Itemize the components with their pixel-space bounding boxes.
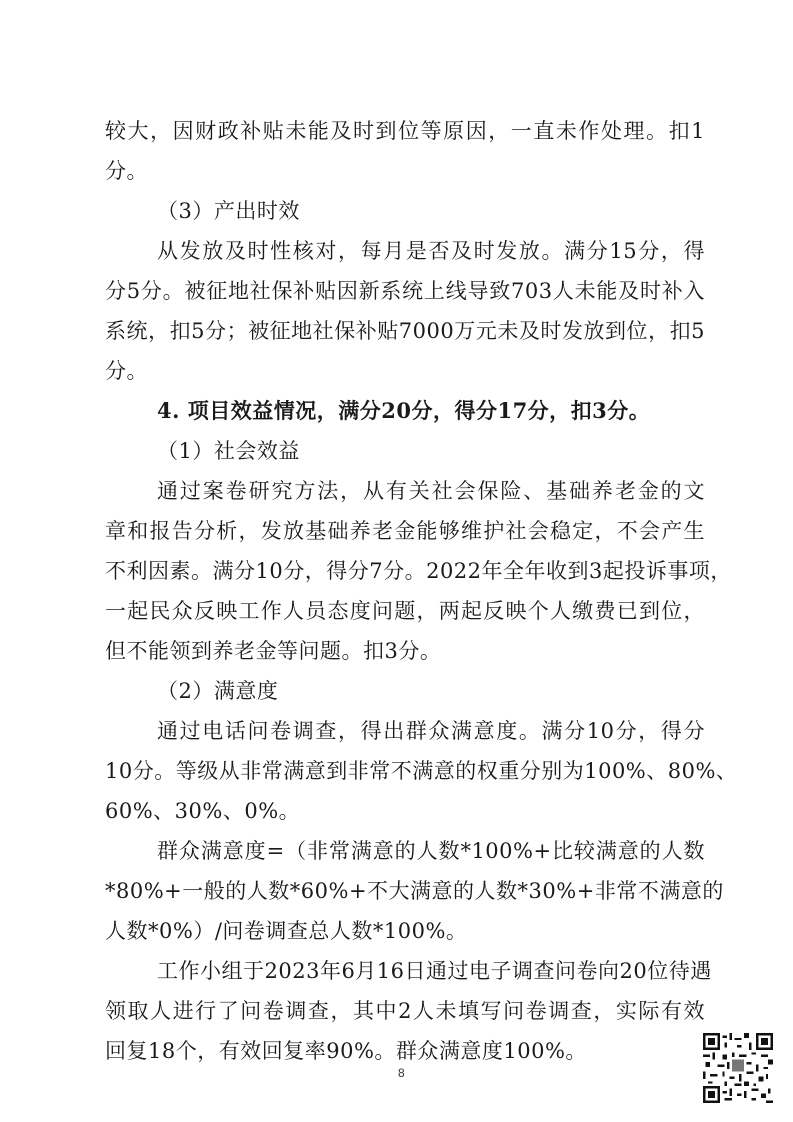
text-line: 通过案卷研究方法，从有关社会保险、基础养老金的文 — [157, 476, 705, 506]
text-line: 领取人进行了问卷调查，其中2人未填写问卷调查，实际有效 — [105, 996, 705, 1026]
text-line: （1）社会效益 — [157, 436, 705, 466]
text-line: 工作小组于2023年6月16日通过电子调查问卷向20位待遇 — [157, 956, 705, 986]
text-line: 系统，扣5分；被征地社保补贴7000万元未及时发放到位，扣5 — [105, 316, 705, 346]
text-line: 章和报告分析，发放基础养老金能够维护社会稳定，不会产生 — [105, 516, 705, 546]
document-page: 较大，因财政补贴未能及时到位等原因，一直未作处理。扣1分。（3）产出时效从发放及… — [0, 0, 793, 1122]
text-line: 分。 — [105, 356, 705, 386]
text-line: 但不能领到养老金等问题。扣3分。 — [105, 636, 705, 666]
text-line: （2）满意度 — [157, 676, 705, 706]
qr-code-icon — [703, 1033, 773, 1103]
page-number: 8 — [398, 1066, 405, 1080]
text-line: 群众满意度=（非常满意的人数*100%+比较满意的人数 — [157, 836, 705, 866]
text-line: 不利因素。满分10分，得分7分。2022年全年收到3起投诉事项， — [105, 556, 705, 586]
text-line: （3）产出时效 — [157, 196, 705, 226]
text-line: 较大，因财政补贴未能及时到位等原因，一直未作处理。扣1 — [105, 116, 705, 146]
text-line: 人数*0%）/问卷调查总人数*100%。 — [105, 916, 705, 946]
text-line: 60%、30%、0%。 — [105, 796, 705, 826]
text-line: 从发放及时性核对，每月是否及时发放。满分15分，得 — [157, 236, 705, 266]
section-heading-line: 4. 项目效益情况，满分20分，得分17分，扣3分。 — [157, 396, 705, 426]
text-line: 通过电话问卷调查，得出群众满意度。满分10分，得分 — [157, 716, 705, 746]
text-line: 回复18个，有效回复率90%。群众满意度100%。 — [105, 1036, 705, 1066]
text-line: *80%+一般的人数*60%+不大满意的人数*30%+非常不满意的 — [105, 876, 705, 906]
text-line: 分。 — [105, 156, 705, 186]
text-line: 10分。等级从非常满意到非常不满意的权重分别为100%、80%、 — [105, 756, 705, 786]
text-line: 分5分。被征地社保补贴因新系统上线导致703人未能及时补入 — [105, 276, 705, 306]
text-line: 一起民众反映工作人员态度问题，两起反映个人缴费已到位， — [105, 596, 705, 626]
